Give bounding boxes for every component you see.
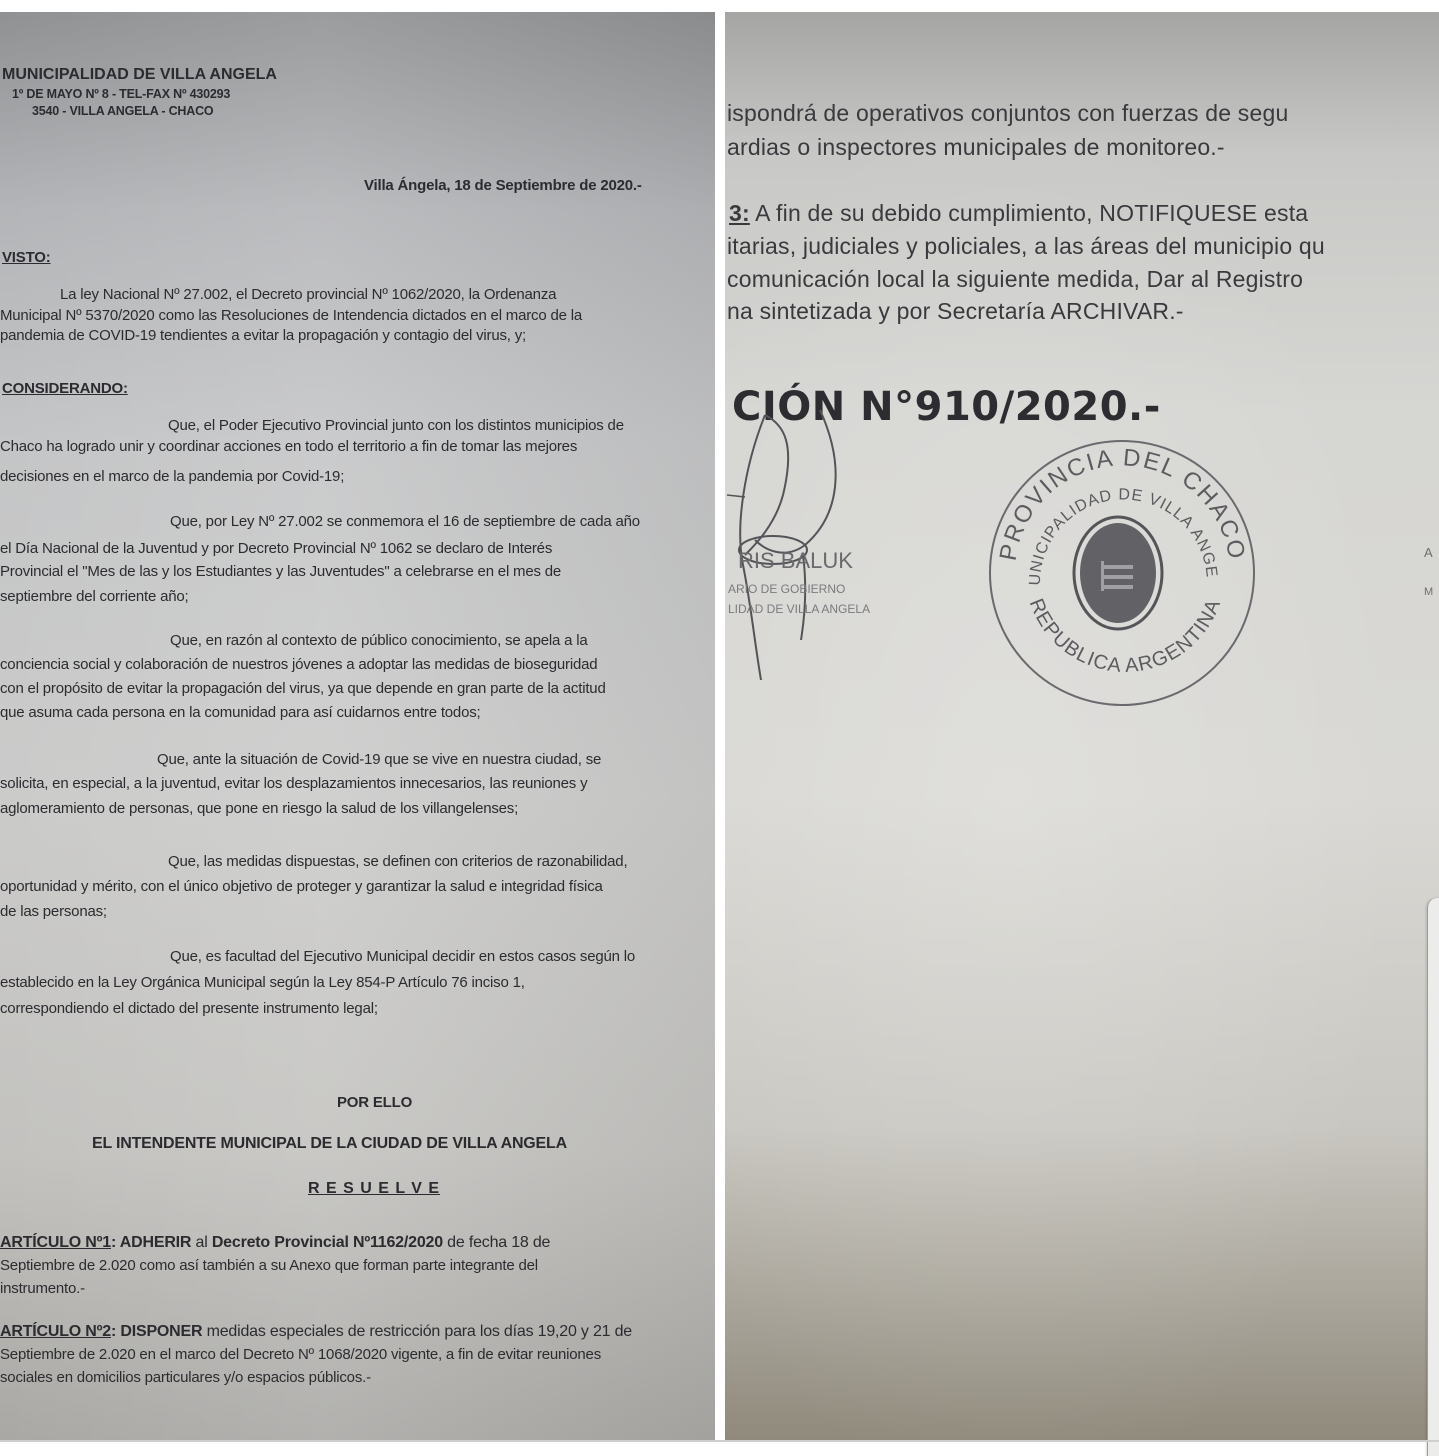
article-1-decree: Decreto Provincial Nº1162/2020 xyxy=(212,1234,443,1251)
article-3-line: itarias, judiciales y policiales, a las … xyxy=(727,233,1325,260)
article-1-line: Septiembre de 2.020 como así también a s… xyxy=(0,1257,538,1274)
left-page-photo xyxy=(0,12,715,1440)
considerando-line: el Día Nacional de la Juventud y por Dec… xyxy=(0,540,552,557)
considerando-line: conciencia social y colaboración de nues… xyxy=(0,656,597,673)
signer-name: RIS BALUK xyxy=(738,548,853,574)
article-3-line: na sintetizada y por Secretaría ARCHIVAR… xyxy=(727,298,1184,325)
considerando-heading: CONSIDERANDO: xyxy=(2,380,128,397)
considerando-line: solicita, en especial, a la juventud, ev… xyxy=(0,775,587,792)
edge-fragment: A xyxy=(1424,545,1433,560)
considerando-line: con el propósito de evitar la propagació… xyxy=(0,680,606,697)
considerando-line: aglomeramiento de personas, que pone en … xyxy=(0,800,518,817)
signer-municipality: LIDAD DE VILLA ANGELA xyxy=(728,602,870,616)
por-ello: POR ELLO xyxy=(337,1094,412,1111)
considerando-line: que asuma cada persona en la comunidad p… xyxy=(0,704,481,721)
considerando-line: Que, el Poder Ejecutivo Provincial junto… xyxy=(168,417,624,434)
article-1-line: instrumento.- xyxy=(0,1280,85,1297)
intendente-heading: EL INTENDENTE MUNICIPAL DE LA CIUDAD DE … xyxy=(92,1135,567,1153)
signer-role: ARIO DE GOBIERNO xyxy=(728,582,845,596)
side-panel-edge[interactable] xyxy=(1427,898,1439,1456)
considerando-line: Que, es facultad del Ejecutivo Municipal… xyxy=(170,948,635,965)
considerando-line: Que, por Ley Nº 27.002 se conmemora el 1… xyxy=(170,513,640,530)
article-1-label: ARTÍCULO Nº1 xyxy=(0,1234,111,1251)
visto-line: pandemia de COVID-19 tendientes a evitar… xyxy=(0,327,526,344)
considerando-line: Provincial el "Mes de las y los Estudian… xyxy=(0,563,561,580)
article-2-verb: DISPONER xyxy=(120,1323,202,1340)
article-2-label: ARTÍCULO Nº2 xyxy=(0,1323,111,1340)
visto-heading: VISTO: xyxy=(2,249,51,266)
visto-line: Municipal Nº 5370/2020 como las Resoluci… xyxy=(0,307,582,324)
right-page-line: ardias o inspectores municipales de moni… xyxy=(727,134,1225,161)
org-city: 3540 - VILLA ANGELA - CHACO xyxy=(32,104,213,118)
considerando-line: de las personas; xyxy=(0,903,107,920)
visto-line: La ley Nacional Nº 27.002, el Decreto pr… xyxy=(60,286,715,303)
considerando-line: establecido en la Ley Orgánica Municipal… xyxy=(0,974,525,991)
bottom-divider xyxy=(0,1440,1439,1442)
considerando-line: Que, ante la situación de Covid-19 que s… xyxy=(157,751,601,768)
right-page-line: ispondrá de operativos conjuntos con fue… xyxy=(727,100,1288,127)
considerando-line: Que, en razón al contexto de público con… xyxy=(170,632,587,649)
considerando-line: correspondiendo el dictado del presente … xyxy=(0,1000,378,1017)
article-3-line: comunicación local la siguiente medida, … xyxy=(727,266,1303,293)
considerando-line: Que, las medidas dispuestas, se definen … xyxy=(168,853,627,870)
considerando-line: decisiones en el marco de la pandemia po… xyxy=(0,468,344,485)
edge-fragment: M xyxy=(1424,586,1433,598)
article-3-line: 3: A fin de su debido cumplimiento, NOTI… xyxy=(729,200,1308,227)
article-1: ARTÍCULO Nº1: ADHERIR al Decreto Provinc… xyxy=(0,1234,550,1252)
article-2: ARTÍCULO Nº2: DISPONER medidas especiale… xyxy=(0,1323,632,1341)
article-2-line: Septiembre de 2.020 en el marco del Decr… xyxy=(0,1346,601,1363)
article-2-line: sociales en domicilios particulares y/o … xyxy=(0,1369,371,1386)
article-1-verb: ADHERIR xyxy=(120,1234,192,1251)
considerando-line: Chaco ha logrado unir y coordinar accion… xyxy=(0,438,577,455)
considerando-line: oportunidad y mérito, con el único objet… xyxy=(0,878,603,895)
official-seal-icon: PROVINCIA DEL CHACO MUNICIPALIDAD DE VIL… xyxy=(985,433,1260,708)
org-name: MUNICIPALIDAD DE VILLA ANGELA xyxy=(2,66,277,84)
resuelve-heading: R E S U E L V E xyxy=(308,1180,440,1198)
article-3-label: 3: xyxy=(729,200,750,226)
document-date: Villa Ángela, 18 de Septiembre de 2020.- xyxy=(364,177,642,194)
considerando-line: septiembre del corriente año; xyxy=(0,588,188,605)
org-address: 1º DE MAYO Nº 8 - TEL-FAX Nº 430293 xyxy=(12,87,230,101)
